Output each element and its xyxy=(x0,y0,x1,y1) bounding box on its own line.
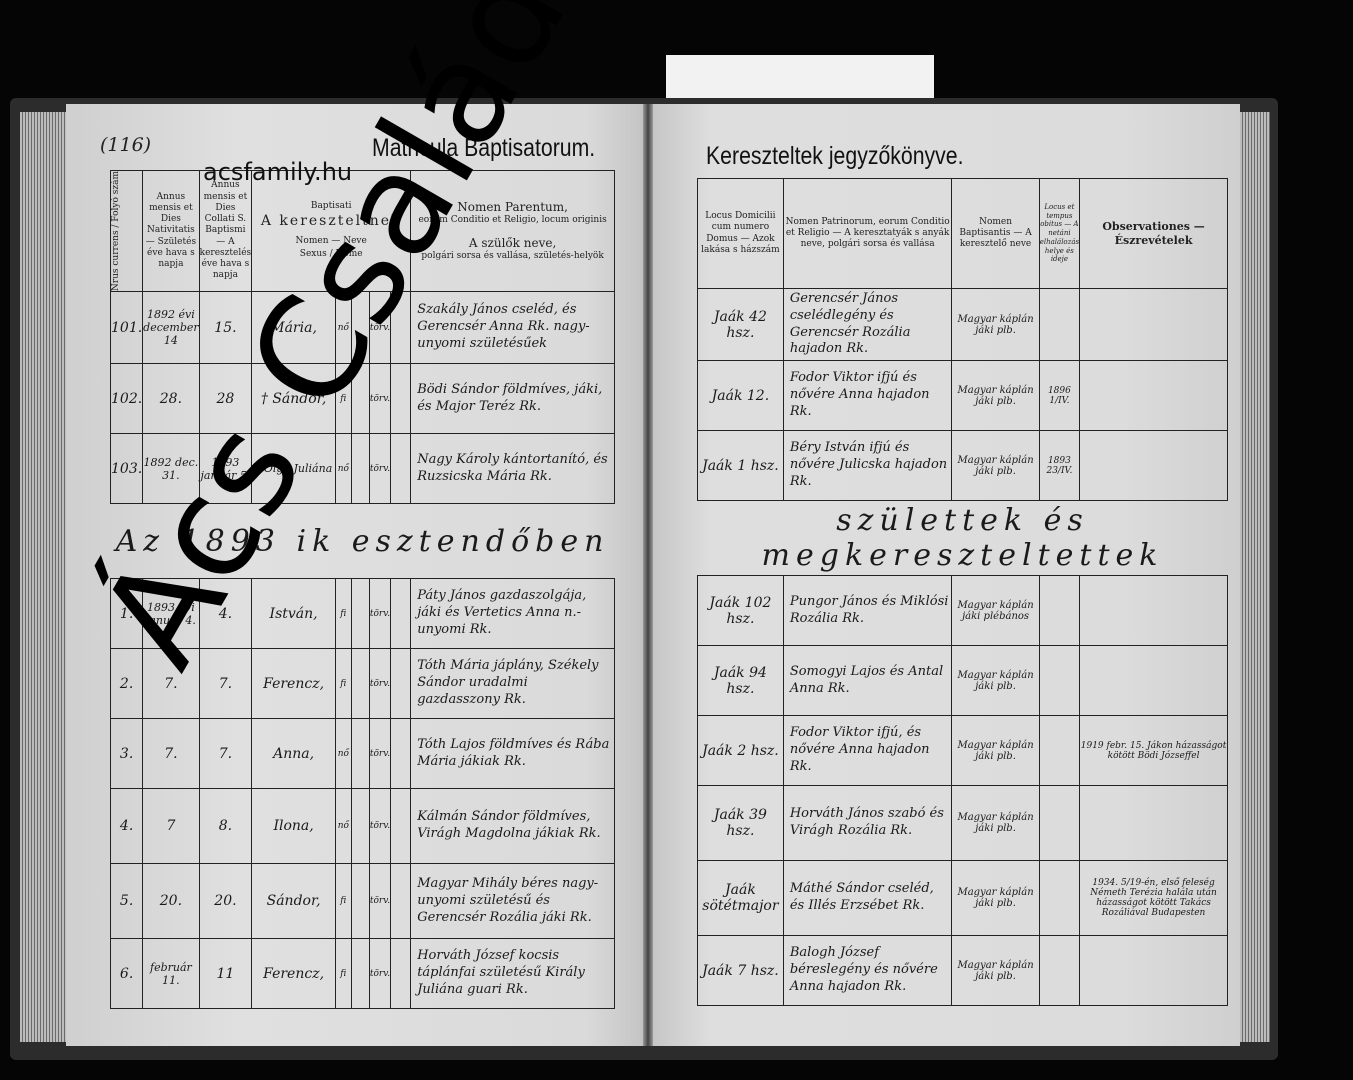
table-row: Jaák 42 hsz.Gerencsér János cselédlegény… xyxy=(698,289,1228,361)
book-gutter xyxy=(643,104,653,1046)
header-baptism: Annus mensis et Dies Collati S. Baptismi… xyxy=(199,171,252,292)
header-birth: Annus mensis et Dies Nativitatis — Szüle… xyxy=(143,171,199,292)
page-edges-left xyxy=(20,112,66,1042)
header-obitus: Locus et tempus obitus — A netáni elhalá… xyxy=(1039,179,1079,289)
header-patrini: Nomen Patrinorum, eorum Conditio et Reli… xyxy=(783,179,952,289)
right-register-table: Locus Domicilii cum numero Domus — Azok … xyxy=(697,178,1228,1006)
table-row: Jaák 1 hsz.Béry István ifjú és nővére Ju… xyxy=(698,431,1228,501)
table-row: 3.7.7. Anna,nőtörv. Tóth Lajos földmíves… xyxy=(111,719,615,789)
table-row: Jaák 12.Fodor Viktor ifjú és nővére Anna… xyxy=(698,361,1228,431)
page-number: (116) xyxy=(100,134,151,156)
header-domicile: Locus Domicilii cum numero Domus — Azok … xyxy=(698,179,784,289)
table-row: 5.20.20. Sándor,fitörv. Magyar Mihály bé… xyxy=(111,864,615,939)
paper-tab xyxy=(666,55,934,101)
table-row: Jaák 2 hsz.Fodor Viktor ifjú, és nővére … xyxy=(698,716,1228,786)
table-row: 6.február 11.11 Ferencz,fitörv. Horváth … xyxy=(111,939,615,1009)
header-observationes: Observationes — Észrevételek xyxy=(1080,179,1228,289)
table-row: Jaák 94 hsz.Somogyi Lajos és Antal Anna … xyxy=(698,646,1228,716)
page-edges-right xyxy=(1240,112,1270,1042)
year-separator: születtek és megkereszteltettek xyxy=(698,501,1228,576)
table-row: 4.78. Ilona,nőtörv. Kálmán Sándor földmí… xyxy=(111,789,615,864)
table-row: Jaák 102 hsz.Pungor János és Miklósi Roz… xyxy=(698,576,1228,646)
table-row: Jaák 39 hsz.Horváth János szabó és Virág… xyxy=(698,786,1228,861)
table-row: Jaák sötétmajorMáthé Sándor cseléd, és I… xyxy=(698,861,1228,936)
header-number: Nrus currens / Folyó szám xyxy=(111,171,143,292)
right-page-title: Kereszteltek jegyzőkönyve. xyxy=(706,142,963,171)
header-baptisans: Nomen Baptisantis — A keresztelő neve xyxy=(952,179,1039,289)
table-row: Jaák 7 hsz.Balogh József béreslegény és … xyxy=(698,936,1228,1006)
